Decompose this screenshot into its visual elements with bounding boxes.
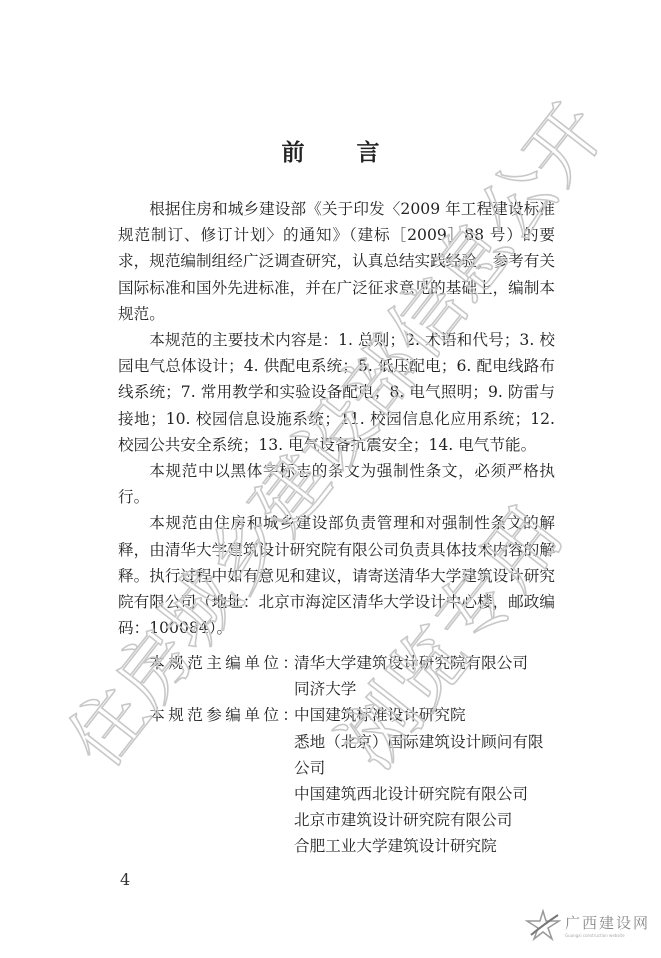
site-logo: 广西建设网 Guangxi construction website (525, 905, 655, 945)
logo-subtitle: Guangxi construction website (565, 933, 650, 938)
participating-editor-units: 中国建筑标准设计研究院 悉地（北京）国际建筑设计顾问有限 公司 中国建筑西北设计… (294, 702, 555, 859)
document-page: 前言 根据住房和城乡建设部《关于印发〈2009 年工程建设标准规范制订、修订计划… (0, 0, 661, 958)
chief-editor-row: 本规范主编单位： 清华大学建筑设计研究院有限公司 同济大学 (118, 650, 555, 702)
participating-editor-row: 本规范参编单位： 中国建筑标准设计研究院 悉地（北京）国际建筑设计顾问有限 公司… (118, 702, 555, 859)
participating-editor-unit: 合肥工业大学建筑设计研究院 (294, 833, 555, 859)
paragraph-contents: 本规范的主要技术内容是：1. 总则；2. 术语和代号；3. 校园电气总体设计；4… (118, 327, 555, 458)
participating-editor-label: 本规范参编单位： (118, 702, 294, 859)
participating-editor-unit: 中国建筑西北设计研究院有限公司 (294, 781, 555, 807)
page-number: 4 (120, 870, 130, 889)
participating-editor-unit: 中国建筑标准设计研究院 (294, 702, 555, 728)
chief-editor-unit: 同济大学 (294, 676, 555, 702)
star-logo-icon (525, 909, 561, 941)
paragraph-management: 本规范由住房和城乡建设部负责管理和对强制性条文的解释，由清华大学建筑设计研究院有… (118, 510, 555, 641)
logo-name: 广西建设网 (565, 912, 650, 933)
chief-editor-label: 本规范主编单位： (118, 650, 294, 702)
participating-editor-unit: 公司 (294, 755, 555, 781)
chief-editor-units: 清华大学建筑设计研究院有限公司 同济大学 (294, 650, 555, 702)
participating-editor-unit: 悉地（北京）国际建筑设计顾问有限 (294, 729, 555, 755)
page-title: 前言 (0, 134, 661, 167)
preface-body: 根据住房和城乡建设部《关于印发〈2009 年工程建设标准规范制订、修订计划〉的通… (118, 196, 555, 641)
paragraph-mandatory: 本规范中以黑体字标志的条文为强制性条文，必须严格执行。 (118, 458, 555, 510)
editor-units: 本规范主编单位： 清华大学建筑设计研究院有限公司 同济大学 本规范参编单位： 中… (118, 650, 555, 860)
title-char-2: 言 (357, 134, 380, 167)
title-char-1: 前 (282, 134, 305, 167)
participating-editor-unit: 北京市建筑设计研究院有限公司 (294, 807, 555, 833)
paragraph-basis: 根据住房和城乡建设部《关于印发〈2009 年工程建设标准规范制订、修订计划〉的通… (118, 196, 555, 327)
chief-editor-unit: 清华大学建筑设计研究院有限公司 (294, 650, 555, 676)
